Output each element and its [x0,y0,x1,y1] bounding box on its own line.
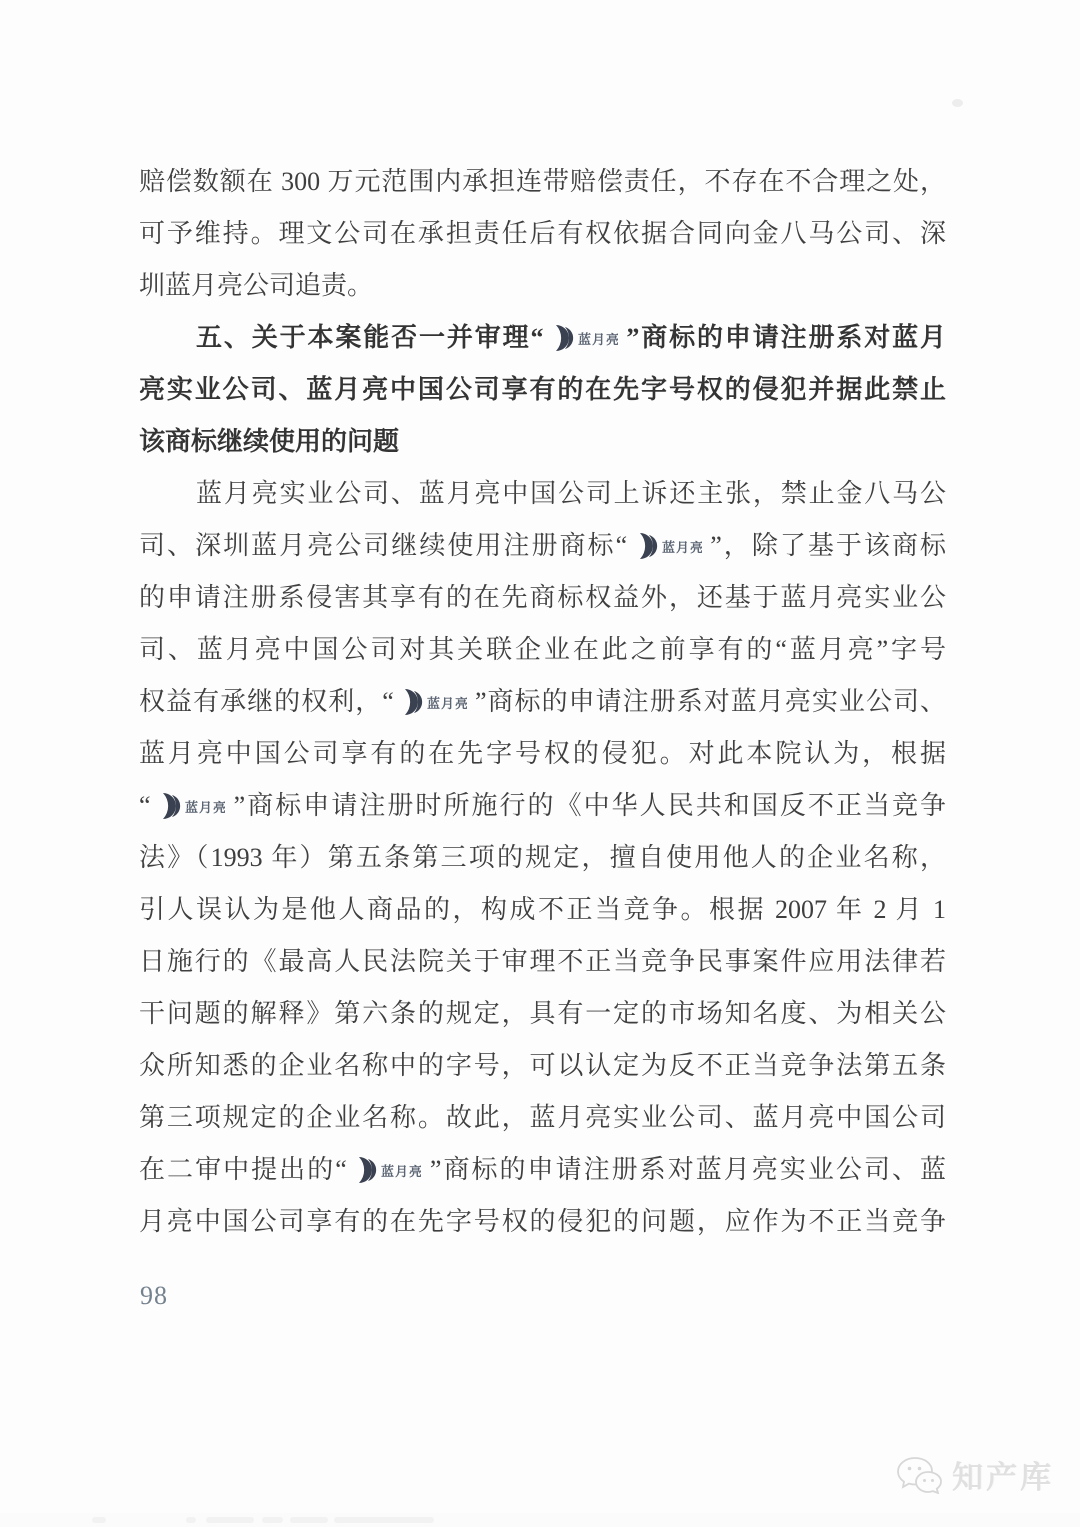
text-line: 可予维持。理文公司在承担责任后有权依据合同向金八马公司、深 [139,208,946,260]
text-run: 日施行的《最高人民法院关于审理不正当竞争民事案件应用法律若 [139,947,946,976]
trademark-logo-text: 蓝月亮 [427,696,467,711]
trademark-logo-text: 蓝月亮 [381,1164,421,1179]
crescent-moon-icon [640,533,657,559]
trademark-logo-text: 蓝月亮 [662,540,702,555]
crescent-moon-icon [163,793,180,819]
text-line: 五、关于本案能否一并审理“ 蓝月亮 ”商标的申请注册系对蓝月 [139,312,946,364]
text-run: 的申请注册系侵害其享有的在先商标权益外，还基于蓝月亮实业公 [139,583,946,612]
text-line: 的申请注册系侵害其享有的在先商标权益外，还基于蓝月亮实业公 [139,572,946,624]
text-line: 第三项规定的企业名称。故此，蓝月亮实业公司、蓝月亮中国公司 [139,1092,946,1144]
text-line: 日施行的《最高人民法院关于审理不正当竞争民事案件应用法律若 [139,936,946,988]
blue-moon-trademark-logo: 蓝月亮 [401,687,467,717]
scan-artifact-mark [92,1517,106,1523]
text-run: 法》（1993 年）第五条第三项的规定，擅自使用他人的企业名称， [139,843,946,872]
text-run: ”，除了基于该商标 [710,531,946,560]
text-line: 赔偿数额在 300 万元范围内承担连带赔偿责任，不存在不合理之处， [139,156,946,208]
document-page: 赔偿数额在 300 万元范围内承担连带赔偿责任，不存在不合理之处，可予维持。理文… [0,0,1080,1527]
crescent-moon-icon [405,689,422,715]
blue-moon-trademark-logo: 蓝月亮 [355,1155,421,1185]
text-run: 亮实业公司、蓝月亮中国公司享有的在先字号权的侵犯并据此禁止 [139,375,946,404]
text-run: 蓝月亮中国公司享有的在先字号权的侵犯。对此本院认为，根据 [139,739,946,768]
text-line: 月亮中国公司享有的在先字号权的侵犯的问题，应作为不正当竞争 [139,1196,946,1248]
wechat-icon [895,1456,943,1494]
text-run: ”商标的申请注册系对蓝月 [626,323,946,352]
text-run: 司、深圳蓝月亮公司继续使用注册商标“ [139,531,627,560]
text-run: 该商标继续使用的问题 [139,427,399,456]
text-line: 法》（1993 年）第五条第三项的规定，擅自使用他人的企业名称， [139,832,946,884]
watermark: 知产库 [895,1452,1054,1497]
text-line: 该商标继续使用的问题 [139,416,946,468]
text-line: 司、蓝月亮中国公司对其关联企业在此之前享有的“蓝月亮”字号 [139,624,946,676]
text-run: 圳蓝月亮公司追责。 [139,271,373,300]
scan-artifact-mark [334,1517,434,1523]
scan-artifact-mark [290,1517,328,1523]
text-run: 五、关于本案能否一并审理“ [196,323,544,352]
text-run: 月亮中国公司享有的在先字号权的侵犯的问题，应作为不正当竞争 [139,1207,946,1236]
text-line: 权益有承继的权利，“ 蓝月亮 ”商标的申请注册系对蓝月亮实业公司、 [139,676,946,728]
text-line: 蓝月亮实业公司、蓝月亮中国公司上诉还主张，禁止金八马公 [139,468,946,520]
scan-artifact-strip [0,1513,1080,1527]
scan-artifact-mark [262,1517,283,1523]
trademark-logo-text: 蓝月亮 [185,800,225,815]
text-run: 权益有承继的权利，“ [139,687,394,716]
watermark-label: 知产库 [952,1452,1054,1497]
text-run: 在二审中提出的“ [139,1155,347,1184]
text-line: 圳蓝月亮公司追责。 [139,260,946,312]
text-run: ”商标的申请注册系对蓝月亮实业公司、 [475,687,946,716]
page-number: 98 [140,1281,168,1311]
crescent-moon-icon [359,1157,376,1183]
text-run: 干问题的解释》第六条的规定，具有一定的市场知名度、为相关公 [139,999,946,1028]
text-line: 引人误认为是他人商品的，构成不正当竞争。根据 2007 年 2 月 1 [139,884,946,936]
text-line: 在二审中提出的“ 蓝月亮 ”商标的申请注册系对蓝月亮实业公司、蓝 [139,1144,946,1196]
scan-artifact-mark [206,1517,254,1523]
blue-moon-trademark-logo: 蓝月亮 [636,531,702,561]
document-text: 赔偿数额在 300 万元范围内承担连带赔偿责任，不存在不合理之处，可予维持。理文… [139,156,946,1248]
text-run: 第三项规定的企业名称。故此，蓝月亮实业公司、蓝月亮中国公司 [139,1103,946,1132]
text-line: 司、深圳蓝月亮公司继续使用注册商标“ 蓝月亮 ”，除了基于该商标 [139,520,946,572]
text-line: 亮实业公司、蓝月亮中国公司享有的在先字号权的侵犯并据此禁止 [139,364,946,416]
trademark-logo-text: 蓝月亮 [578,332,618,347]
text-run: ”商标的申请注册系对蓝月亮实业公司、蓝 [430,1155,946,1184]
text-run: ”商标申请注册时所施行的《中华人民共和国反不正当竞争 [234,791,946,820]
text-run: “ [139,791,151,820]
text-run: 引人误认为是他人商品的，构成不正当竞争。根据 2007 年 2 月 1 [139,895,946,924]
text-line: 众所知悉的企业名称中的字号，可以认定为反不正当竞争法第五条 [139,1040,946,1092]
text-run: 赔偿数额在 300 万元范围内承担连带赔偿责任，不存在不合理之处， [139,167,946,196]
text-line: “ 蓝月亮 ”商标申请注册时所施行的《中华人民共和国反不正当竞争 [139,780,946,832]
text-line: 蓝月亮中国公司享有的在先字号权的侵犯。对此本院认为，根据 [139,728,946,780]
text-run: 可予维持。理文公司在承担责任后有权依据合同向金八马公司、深 [139,219,946,248]
blue-moon-trademark-logo: 蓝月亮 [159,791,225,821]
blue-moon-trademark-logo: 蓝月亮 [552,323,618,353]
text-run: 司、蓝月亮中国公司对其关联企业在此之前享有的“蓝月亮”字号 [139,635,946,664]
scan-artifact-speck [952,99,963,107]
text-run: 蓝月亮实业公司、蓝月亮中国公司上诉还主张，禁止金八马公 [196,479,946,508]
text-run: 众所知悉的企业名称中的字号，可以认定为反不正当竞争法第五条 [139,1051,946,1080]
scan-artifact-mark [186,1517,196,1523]
text-line: 干问题的解释》第六条的规定，具有一定的市场知名度、为相关公 [139,988,946,1040]
crescent-moon-icon [556,325,573,351]
